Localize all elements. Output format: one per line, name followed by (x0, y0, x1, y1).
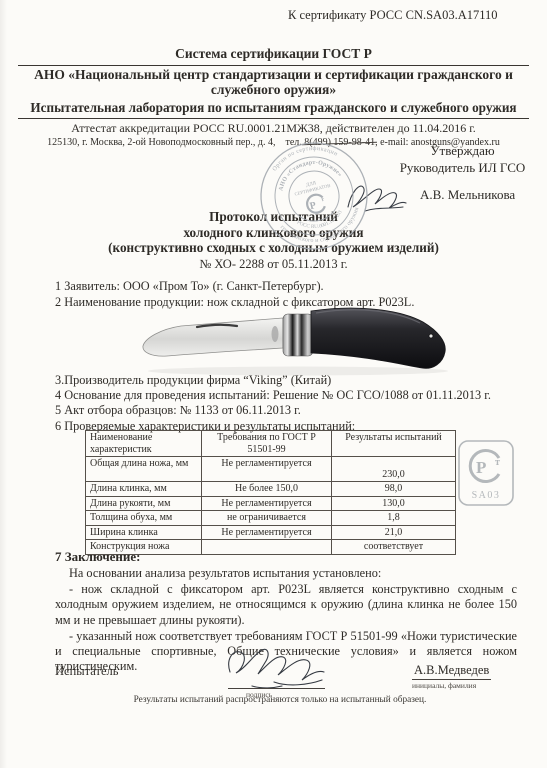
signature-line (228, 688, 325, 689)
letterhead: Система сертификации ГОСТ Р АНО «Национа… (18, 46, 529, 148)
approve-label: Утверждаю (380, 142, 545, 159)
conformity-stamp: Р т SA03 (456, 438, 518, 516)
approver-name: А.В. Мельникова (420, 187, 515, 203)
rst-logo-icon: Р т (470, 451, 500, 482)
col-header-requirements: Требования по ГОСТ Р 51501-99 (202, 431, 332, 457)
table-cell: 130,0 (332, 496, 456, 511)
col-header-characteristic: Наименование характеристик (86, 431, 202, 457)
table-cell: 98,0 (332, 482, 456, 497)
lanyard-hole (429, 334, 433, 338)
table-row: Ширина клинка Не регламентируется 21,0 (86, 525, 456, 540)
table-row: Общая длина ножа, мм Не регламентируется… (86, 457, 456, 482)
laboratory-name: Испытательная лаборатория по испытаниям … (18, 100, 529, 119)
svg-text:гражданского и служебного оруж: гражданского и служебного оружия (278, 205, 366, 252)
scanned-document-page: К сертификату РОСС CN.SA03.A17110 Систем… (0, 0, 547, 768)
conclusion-point-1: - нож складной с фиксатором арт. P023L я… (55, 582, 517, 628)
test-basis-items: 3.Производитель продукции фирма “Viking”… (55, 373, 535, 434)
tester-signature (222, 642, 334, 694)
accreditation-line: Аттестат аккредитации РОСС RU.0001.21МЖ3… (18, 121, 529, 136)
round-stamp: Орган по сертификации гражданского и слу… (256, 138, 372, 254)
stamp-code: SA03 (472, 490, 501, 501)
table-cell: Толщина обуха, мм (86, 511, 202, 526)
table-row: Длина клинка, мм Не более 150,0 98,0 (86, 482, 456, 497)
knife-handle (311, 308, 445, 368)
table-cell: Не регламентируется (202, 496, 332, 511)
approver-role: Руководитель ИЛ ГСО (380, 159, 545, 176)
knife-blade (143, 318, 283, 356)
table-cell: Общая длина ножа, мм (86, 457, 202, 482)
conclusion-heading: 7 Заключение: (55, 549, 517, 565)
conclusion-intro: На основании анализа результатов испытан… (55, 566, 517, 581)
table-cell: 21,0 (332, 525, 456, 540)
tester-label: Испытатель (55, 664, 118, 679)
stamp-outer-bottom-text: гражданского и служебного оружия (278, 205, 366, 252)
table-header-row: Наименование характеристик Требования по… (86, 431, 456, 457)
table-cell: Длина клинка, мм (86, 482, 202, 497)
certification-system-title: Система сертификации ГОСТ Р (18, 46, 529, 66)
table-row: Длина рукояти, мм Не регламентируется 13… (86, 496, 456, 511)
tester-name: А.В.Медведев (412, 663, 491, 680)
svg-text:т: т (321, 197, 325, 204)
knife-photo (133, 302, 453, 377)
approval-block: Утверждаю Руководитель ИЛ ГСО (380, 142, 545, 176)
table-row: Толщина обуха, мм не ограничивается 1,8 (86, 511, 456, 526)
table-cell: 1,8 (332, 511, 456, 526)
rst-logo-icon: Р т (305, 193, 327, 215)
table-cell: Не более 150,0 (202, 482, 332, 497)
protocol-number: № ХО- 2288 от 05.11.2013 г. (0, 257, 547, 273)
organization-name: АНО «Национальный центр стандартизации и… (18, 66, 529, 100)
table-cell: Длина рукояти, мм (86, 496, 202, 511)
item-applicant: 1 Заявитель: ООО «Пром То» (г. Санкт-Пет… (55, 279, 535, 295)
col-header-results: Результаты испытаний (332, 431, 456, 457)
table-cell: не ограничивается (202, 511, 332, 526)
svg-text:Р: Р (476, 458, 486, 477)
table-cell: Не регламентируется (202, 525, 332, 540)
svg-text:Р: Р (309, 200, 318, 212)
item-sampling: 5 Акт отбора образцов: № 1133 от 06.11.2… (55, 403, 535, 418)
svg-text:т: т (495, 457, 500, 468)
certificate-reference: К сертификату РОСС CN.SA03.A17110 (288, 8, 538, 23)
tester-name-caption: инициалы, фамилия (412, 681, 476, 690)
item-basis: 4 Основание для проведения испытаний: Ре… (55, 388, 535, 403)
blade-brand-stamp (272, 326, 279, 342)
item-manufacturer: 3.Производитель продукции фирма “Viking”… (55, 373, 535, 388)
footer-note: Результаты испытаний распространяются то… (0, 695, 547, 705)
results-table: Наименование характеристик Требования по… (85, 430, 456, 555)
table-cell: Не регламентируется (202, 457, 332, 482)
knife-lock-collar (283, 314, 313, 356)
table-cell: 230,0 (332, 457, 456, 482)
table-cell: Ширина клинка (86, 525, 202, 540)
